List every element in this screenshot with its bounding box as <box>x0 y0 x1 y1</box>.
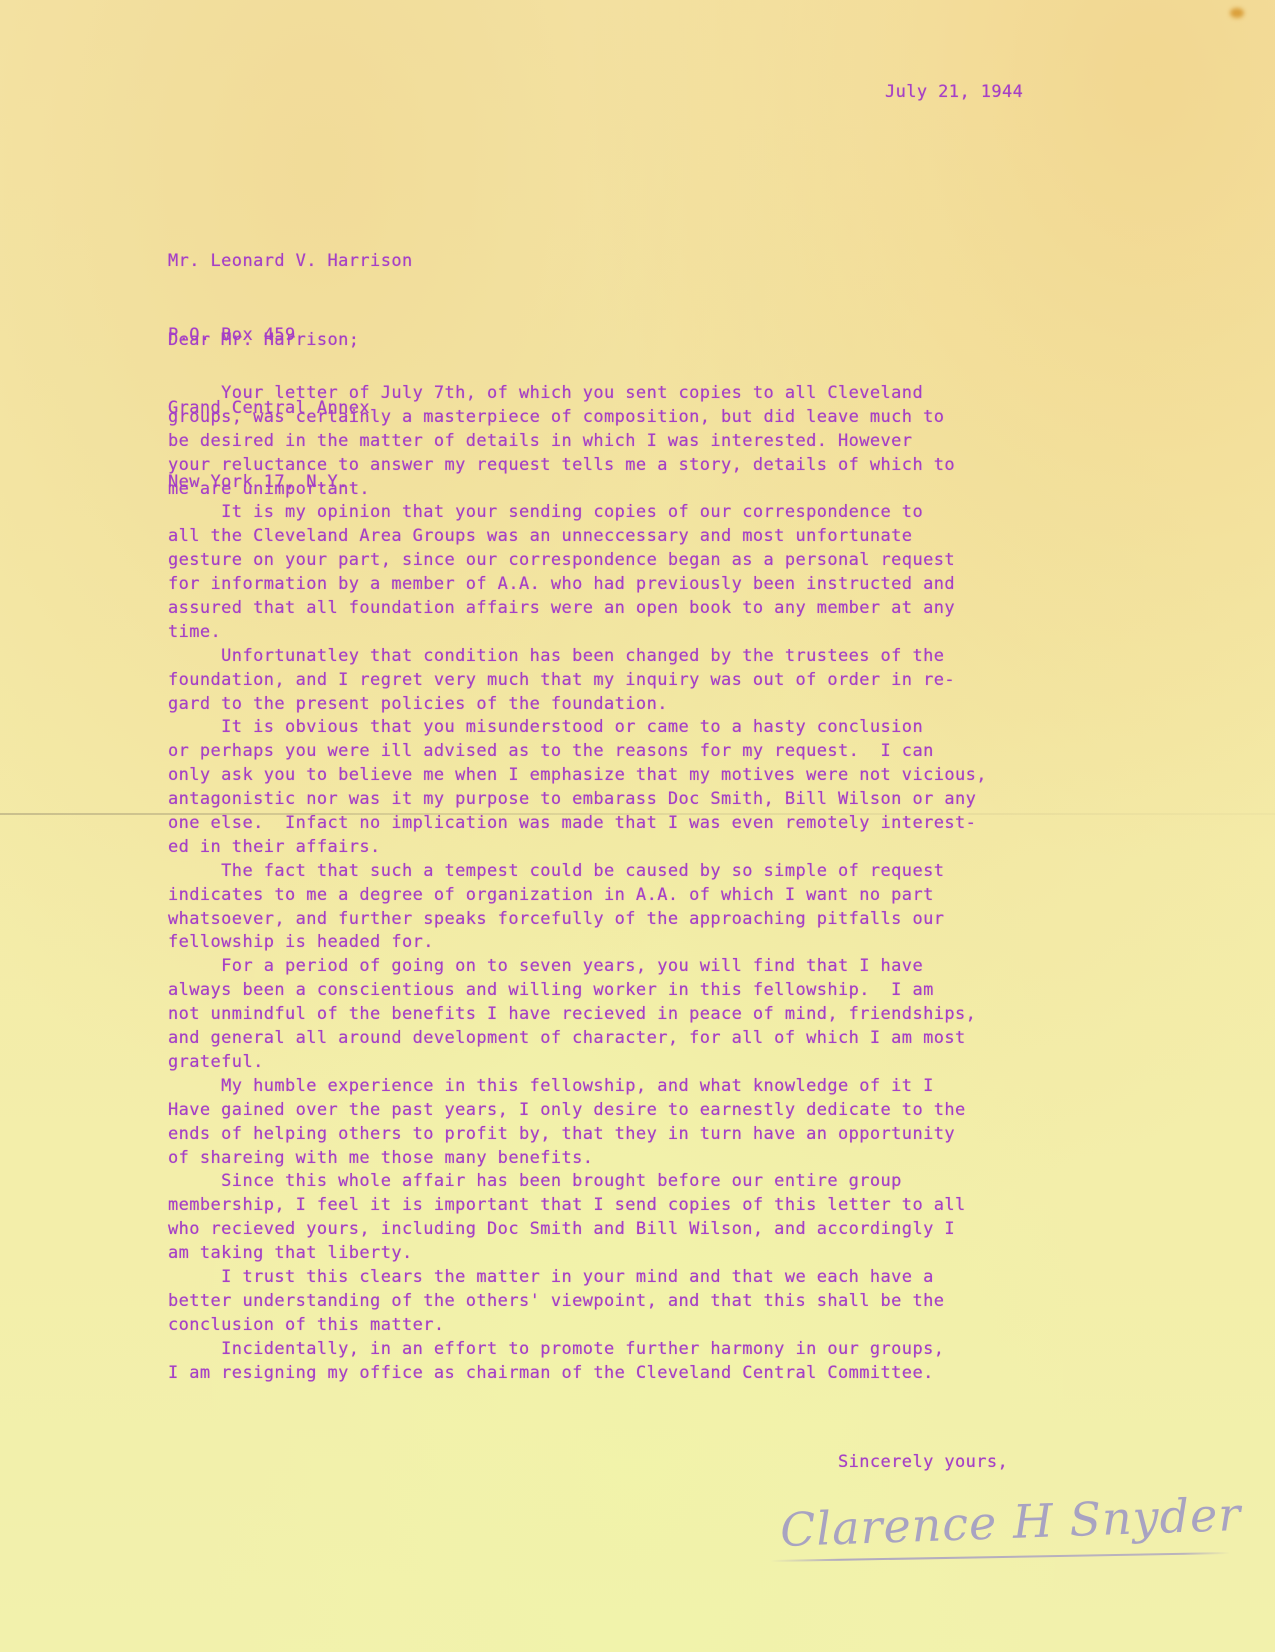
body-line: It is my opinion that your sending copie… <box>168 501 987 525</box>
body-line: It is obvious that you misunderstood or … <box>168 716 987 740</box>
body-line: or perhaps you were ill advised as to th… <box>168 740 987 764</box>
body-line: Have gained over the past years, I only … <box>168 1099 987 1123</box>
body-line: grateful. <box>168 1051 987 1075</box>
body-line: gesture on your part, since our correspo… <box>168 549 987 573</box>
body-line: of shareing with me those many benefits. <box>168 1147 987 1171</box>
body-line: be desired in the matter of details in w… <box>168 430 987 454</box>
body-line: foundation, and I regret very much that … <box>168 669 987 693</box>
body-line: assured that all foundation affairs were… <box>168 597 987 621</box>
body-line: your reluctance to answer my request tel… <box>168 454 987 478</box>
body-line: Unfortunatley that condition has been ch… <box>168 645 987 669</box>
body-line: Your letter of July 7th, of which you se… <box>168 382 987 406</box>
body-line: and general all around development of ch… <box>168 1027 987 1051</box>
body-line: My humble experience in this fellowship,… <box>168 1075 987 1099</box>
body-line: groups, was certainly a masterpiece of c… <box>168 406 987 430</box>
body-line: time. <box>168 621 987 645</box>
body-line: fellowship is headed for. <box>168 931 987 955</box>
body-line: me are unimportant. <box>168 478 987 502</box>
salutation: Dear Mr. Harrison; <box>168 330 359 350</box>
body-line: not unmindful of the benefits I have rec… <box>168 1003 987 1027</box>
body-line: antagonistic nor was it my purpose to em… <box>168 788 987 812</box>
body-line: all the Cleveland Area Groups was an unn… <box>168 525 987 549</box>
body-line: ends of helping others to profit by, tha… <box>168 1123 987 1147</box>
body-line: who recieved yours, including Doc Smith … <box>168 1218 987 1242</box>
body-line: Incidentally, in an effort to promote fu… <box>168 1338 987 1362</box>
body-line: ed in their affairs. <box>168 836 987 860</box>
letter-date: July 21, 1944 <box>885 82 1023 102</box>
body-line: always been a conscientious and willing … <box>168 979 987 1003</box>
body-line: for information by a member of A.A. who … <box>168 573 987 597</box>
body-line: I am resigning my office as chairman of … <box>168 1362 987 1386</box>
closing: Sincerely yours, <box>838 1452 1008 1472</box>
body-line: only ask you to believe me when I emphas… <box>168 764 987 788</box>
body-line: The fact that such a tempest could be ca… <box>168 860 987 884</box>
body-line: membership, I feel it is important that … <box>168 1194 987 1218</box>
body-line: indicates to me a degree of organization… <box>168 884 987 908</box>
body-line: whatsoever, and further speaks forcefull… <box>168 908 987 932</box>
body-line: one else. Infact no implication was made… <box>168 812 987 836</box>
body-line: Since this whole affair has been brought… <box>168 1170 987 1194</box>
body-line: gard to the present policies of the foun… <box>168 693 987 717</box>
body-line: better understanding of the others' view… <box>168 1290 987 1314</box>
address-line: Mr. Leonard V. Harrison <box>168 249 413 274</box>
body-line: am taking that liberty. <box>168 1242 987 1266</box>
paper-stain <box>1230 8 1244 18</box>
body-line: conclusion of this matter. <box>168 1314 987 1338</box>
letter-body: Your letter of July 7th, of which you se… <box>168 382 987 1385</box>
body-line: For a period of going on to seven years,… <box>168 955 987 979</box>
body-line: I trust this clears the matter in your m… <box>168 1266 987 1290</box>
